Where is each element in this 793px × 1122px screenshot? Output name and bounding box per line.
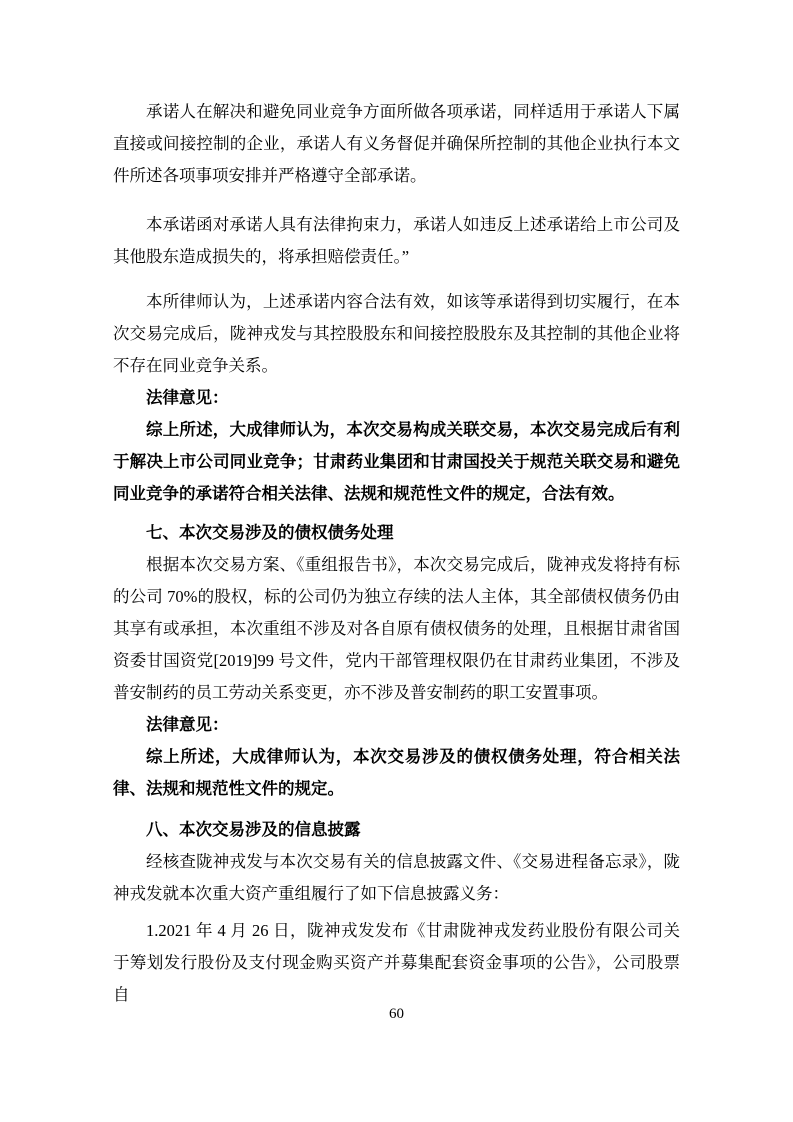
section-heading-7-debt-handling: 七、本次交易涉及的债权债务处理 [113,517,680,549]
section-heading-8-information-disclosure: 八、本次交易涉及的信息披露 [113,814,680,846]
paragraph-lawyer-view-competition: 本所律师认为，上述承诺内容合法有效，如该等承诺得到切实履行，在本次交易完成后，陇… [113,286,680,382]
legal-opinion-label-2: 法律意见： [113,709,680,741]
legal-opinion-conclusion-debt-handling: 综上所述，大成律师认为，本次交易涉及的债权债务处理，符合相关法律、法规和规范性文… [113,741,680,805]
document-body: 承诺人在解决和避免同业竞争方面所做各项承诺，同样适用于承诺人下属直接或间接控制的… [113,96,680,1011]
paragraph-disclosure-item-1: 1.2021 年 4 月 26 日，陇神戎发发布《甘肃陇神戎发药业股份有限公司关… [113,915,680,1011]
legal-opinion-label-1: 法律意见： [113,382,680,414]
paragraph-debt-handling-details: 根据本次交易方案、《重组报告书》，本次交易完成后，陇神戎发将持有标的公司 70%… [113,549,680,709]
document-page: 承诺人在解决和避免同业竞争方面所做各项承诺，同样适用于承诺人下属直接或间接控制的… [0,0,793,1122]
paragraph-commitment-scope: 承诺人在解决和避免同业竞争方面所做各项承诺，同样适用于承诺人下属直接或间接控制的… [113,96,680,192]
paragraph-commitment-binding-force: 本承诺函对承诺人具有法律拘束力，承诺人如违反上述承诺给上市公司及其他股东造成损失… [113,209,680,273]
page-number: 60 [0,1002,793,1026]
legal-opinion-conclusion-related-transaction: 综上所述，大成律师认为，本次交易构成关联交易，本次交易完成后有利于解决上市公司同… [113,414,680,510]
paragraph-disclosure-intro: 经核查陇神戎发与本次交易有关的信息披露文件、《交易进程备忘录》，陇神戎发就本次重… [113,846,680,910]
